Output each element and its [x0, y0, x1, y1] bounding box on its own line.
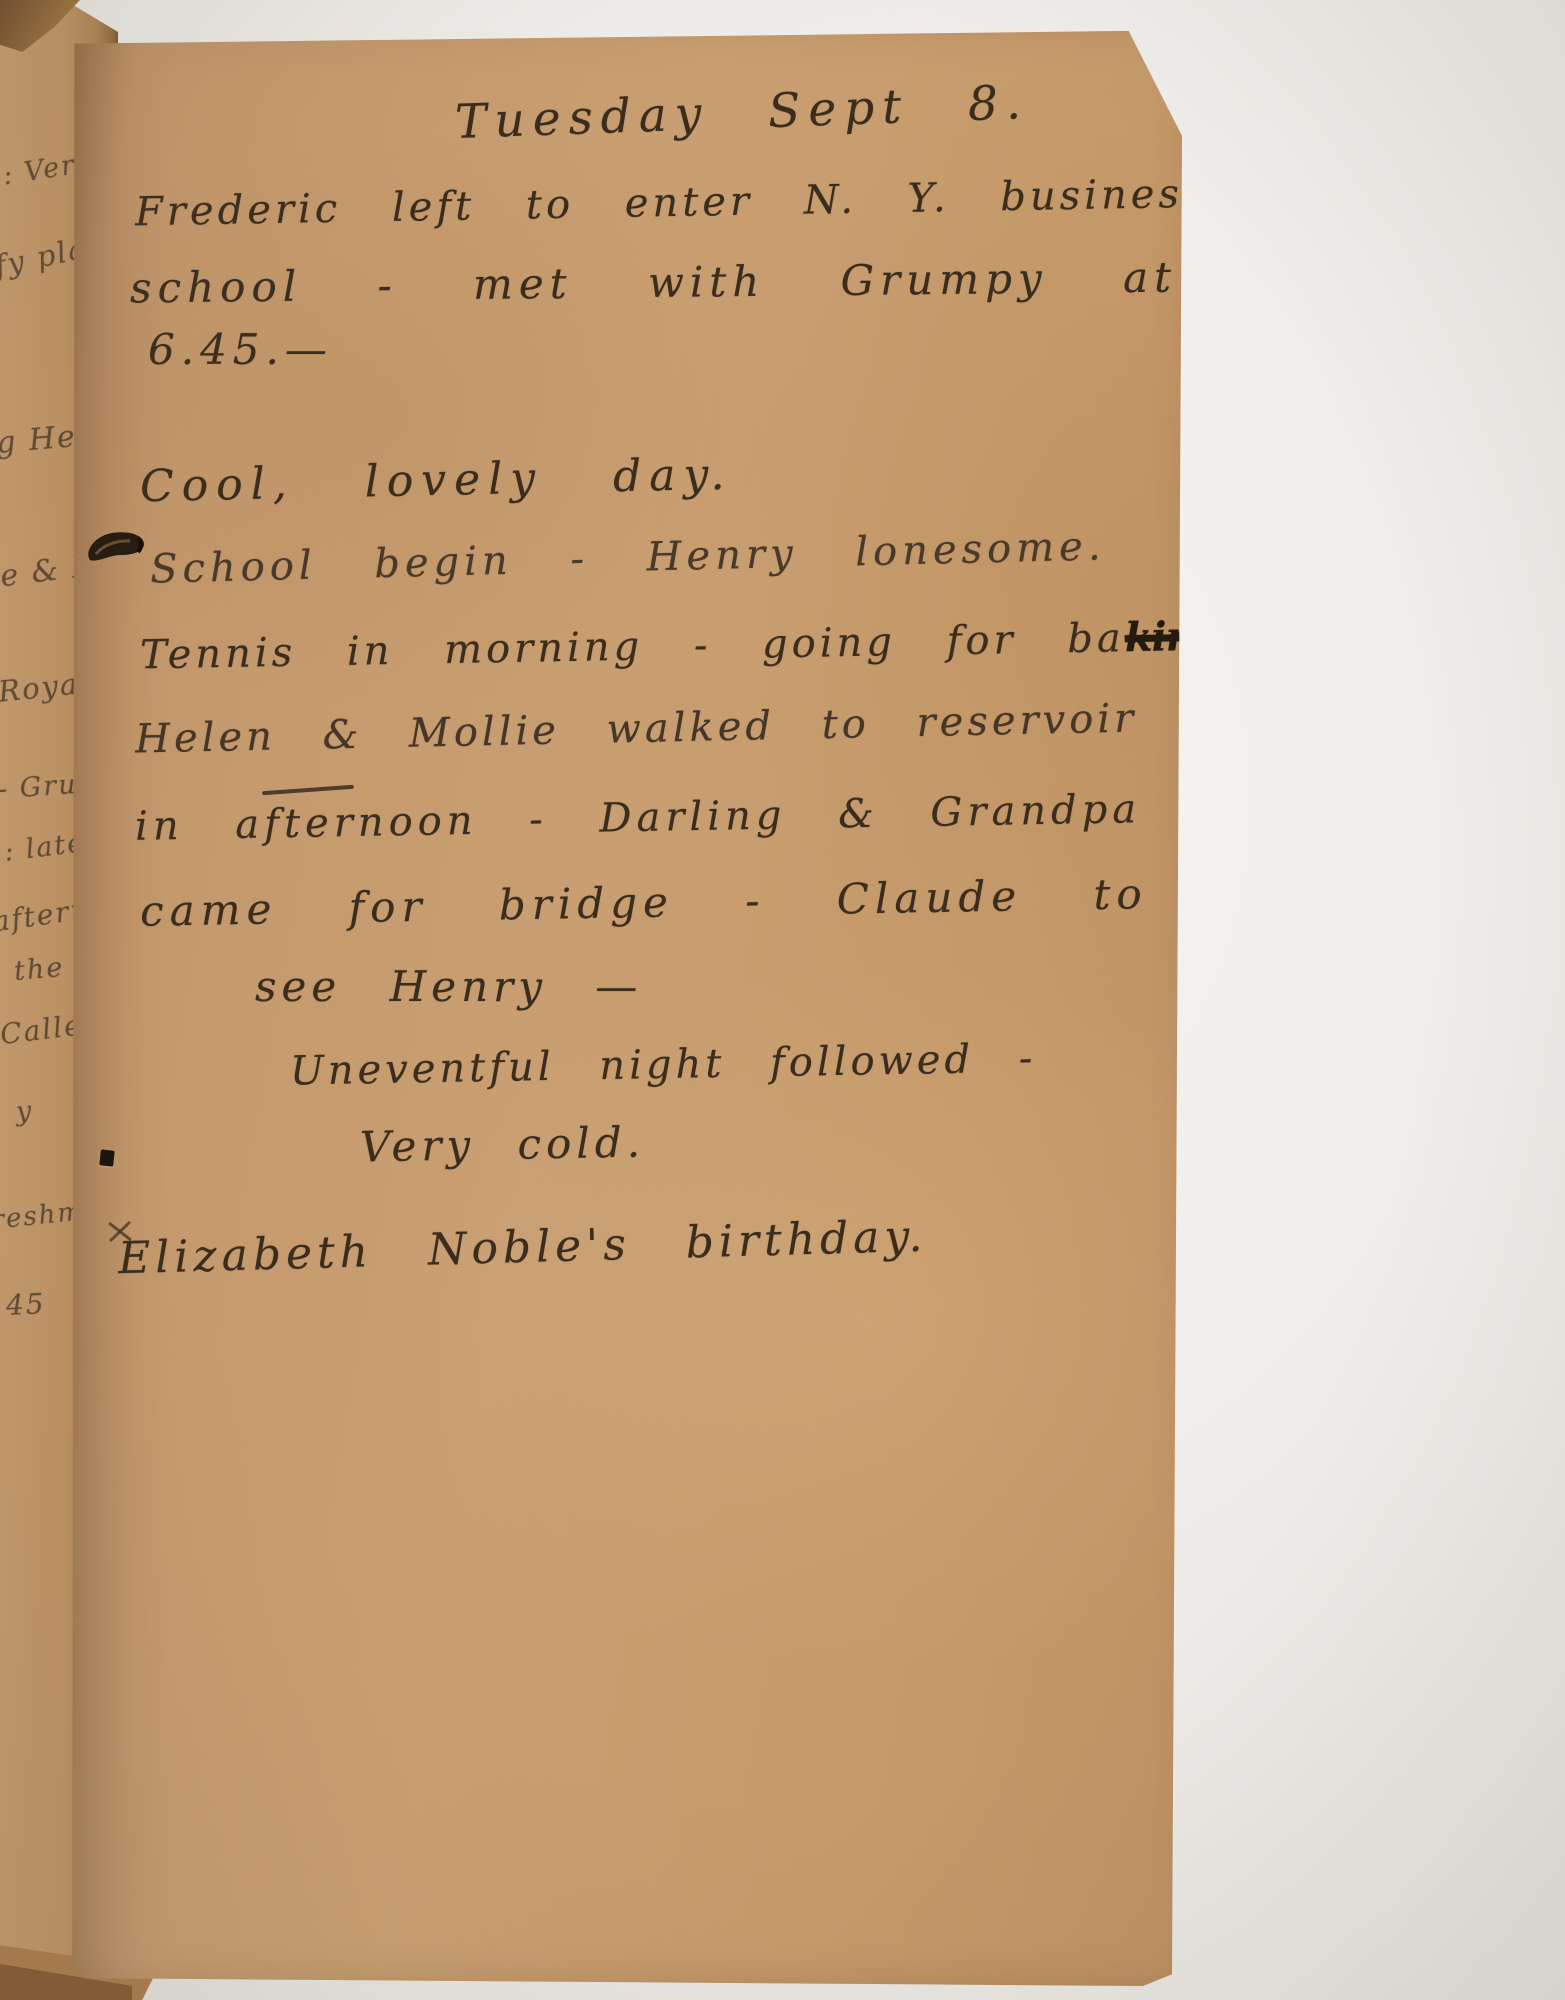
diary-line: Uneventful night followed -	[290, 1035, 1037, 1094]
diary-line: Frederic left to enter N. Y. business	[135, 171, 1208, 236]
diary-line: school - met with Grumpy at	[130, 253, 1177, 313]
prev-page-text-fragment: 45	[5, 1287, 46, 1322]
diary-line: Tennis in morning - going for baking	[140, 613, 1221, 679]
diary-line: Cool, lovely day.	[140, 449, 733, 512]
struck-out-word: king	[1124, 613, 1221, 662]
diary-line: see Henry —	[255, 962, 642, 1011]
x-pencil-mark	[106, 1218, 134, 1246]
diary-line: 6.45.—	[148, 325, 333, 374]
diary-line: in afternoon - Darling & Grandpa	[135, 786, 1142, 850]
diary-line: School begin - Henry lonesome.	[150, 523, 1106, 592]
diary-line: Elizabeth Noble's birthday.	[117, 1211, 928, 1285]
punch-hole	[99, 1149, 115, 1166]
diary-photo: : Very Wor fy play g Henry e & HP Royal …	[0, 0, 1565, 2000]
binding-fastener-icon	[82, 522, 148, 582]
diary-line: Very cold.	[360, 1118, 646, 1172]
diary-page: Tuesday Sept 8. Frederic left to enter N…	[70, 26, 1182, 1988]
date-heading: Tuesday Sept 8.	[454, 75, 1029, 150]
diary-line-text: Tennis in morning - going for ba	[140, 615, 1125, 678]
prev-page-text-fragment: the	[13, 952, 66, 987]
prev-page-text-fragment: y	[15, 1095, 34, 1127]
diary-line: came for bridge - Claude to	[140, 869, 1148, 936]
diary-line: Helen & Mollie walked to reservoir	[135, 696, 1138, 763]
stray-ink-mark	[262, 785, 354, 795]
